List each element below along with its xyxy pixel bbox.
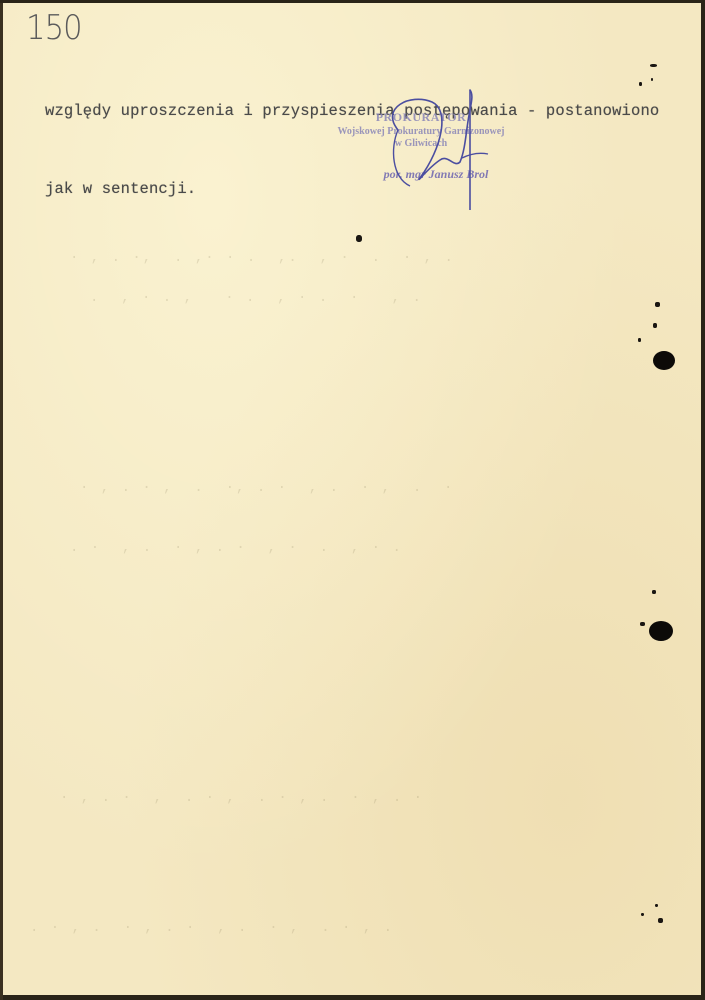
ink-speck	[658, 918, 663, 923]
bleed-through-text: . · , . · , . · , · . , · .	[70, 540, 403, 556]
ink-speck	[653, 323, 657, 328]
ink-speck	[641, 913, 644, 916]
punch-hole	[653, 351, 675, 370]
handwritten-signature	[370, 88, 510, 213]
ink-speck	[651, 78, 653, 81]
punch-hole	[649, 621, 673, 641]
ink-speck	[639, 82, 642, 86]
bleed-through-text: . · , . · , . · , . · , . · , .	[30, 920, 394, 936]
ink-speck	[655, 904, 658, 907]
ink-speck	[655, 302, 660, 307]
ink-speck	[640, 622, 645, 626]
bleed-through-text: . , · . , · . , · . · , .	[90, 290, 423, 306]
ink-speck	[638, 338, 641, 342]
bleed-through-text: · , . · , . · , . · , . · , . ·	[60, 790, 424, 806]
document-page: · , . ·, . ,· · . ,. , · . · , . . , · .…	[0, 0, 705, 1000]
page-number: 150	[26, 8, 82, 48]
ink-speck	[356, 235, 362, 242]
ink-speck	[652, 590, 656, 594]
bleed-through-text: · , . · , . ·, . · , . · , . ·	[80, 480, 454, 496]
ink-speck	[650, 64, 657, 67]
